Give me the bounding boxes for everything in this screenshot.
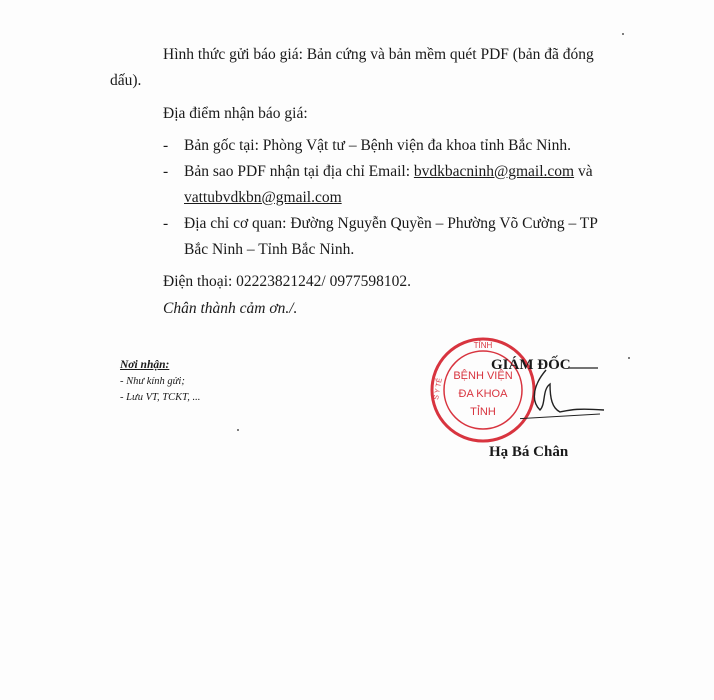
recipients-heading: Nơi nhận:	[120, 358, 169, 372]
bullet-address-line2: Bắc Ninh – Tỉnh Bắc Ninh.	[184, 239, 354, 261]
bullet-original: Bản gốc tại: Phòng Vật tư – Bệnh viện đa…	[184, 135, 571, 157]
bullet-dash: -	[163, 213, 168, 235]
email-link-1[interactable]: bvdkbacninh@gmail.com	[414, 163, 574, 180]
bullet-pdf-copy: Bản sao PDF nhận tại địa chỉ Email: bvdk…	[184, 161, 593, 183]
scan-speck	[622, 33, 624, 35]
thanks-line: Chân thành cảm ơn./.	[163, 298, 297, 320]
signer-name: Hạ Bá Chân	[489, 441, 568, 463]
location-heading: Địa điểm nhận báo giá:	[163, 103, 308, 125]
bullet-dash: -	[163, 161, 168, 183]
quote-form-line1: Hình thức gửi báo giá: Bản cứng và bản m…	[163, 44, 594, 66]
signature-scribble-icon	[520, 360, 610, 430]
recipient-item: - Lưu VT, TCKT, ...	[120, 391, 200, 405]
quote-form-line2: dấu).	[110, 70, 141, 92]
pdf-copy-prefix: Bản sao PDF nhận tại địa chỉ Email:	[184, 163, 414, 180]
bullet-dash: -	[163, 135, 168, 157]
email-link-2[interactable]: vattubvdkbn@gmail.com	[184, 187, 342, 209]
recipient-item: - Như kính gửi;	[120, 375, 185, 389]
phone-line: Điện thoại: 02223821242/ 0977598102.	[163, 271, 411, 293]
stamp-line3: TỈNH	[470, 405, 496, 418]
stamp-line2: ĐA KHOA	[459, 388, 509, 400]
pdf-copy-suffix: và	[574, 163, 593, 180]
stamp-top-text: TỈNH	[474, 341, 493, 350]
bullet-address-line1: Địa chỉ cơ quan: Đường Nguyễn Quyền – Ph…	[184, 213, 598, 235]
scan-speck	[628, 357, 630, 359]
scan-speck	[237, 429, 239, 431]
